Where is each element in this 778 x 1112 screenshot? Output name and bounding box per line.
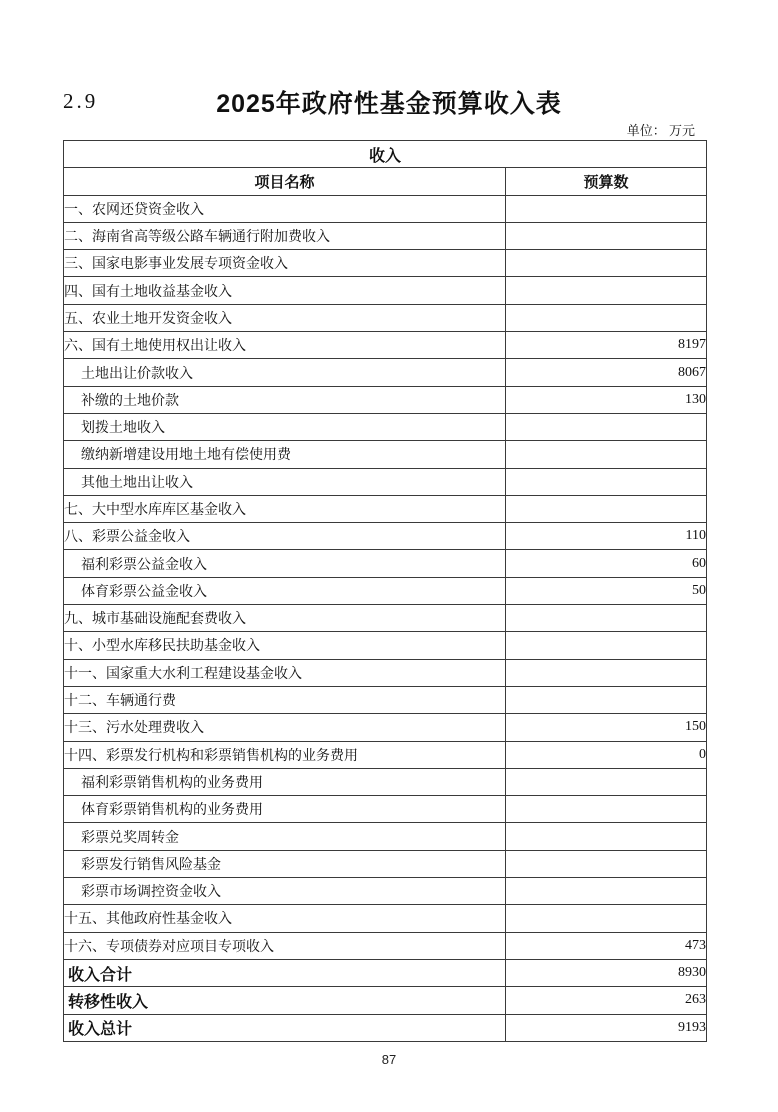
table-row: 十五、其他政府性基金收入 bbox=[64, 905, 707, 932]
budget-value-cell bbox=[506, 195, 707, 222]
item-name-cell: 六、国有土地使用权出让收入 bbox=[64, 332, 506, 359]
budget-value-cell bbox=[506, 632, 707, 659]
budget-value-cell: 263 bbox=[506, 987, 707, 1014]
table-row: 三、国家电影事业发展专项资金收入 bbox=[64, 250, 707, 277]
table-row: 彩票兑奖周转金 bbox=[64, 823, 707, 850]
item-name-cell: 七、大中型水库库区基金收入 bbox=[64, 495, 506, 522]
table-row: 转移性收入263 bbox=[64, 987, 707, 1014]
budget-value-cell bbox=[506, 686, 707, 713]
table-row: 划拨土地收入 bbox=[64, 413, 707, 440]
table-row: 一、农网还贷资金收入 bbox=[64, 195, 707, 222]
item-name-cell: 土地出让价款收入 bbox=[64, 359, 506, 386]
table-title-cell: 收入 bbox=[64, 141, 707, 168]
column-header-row: 项目名称 预算数 bbox=[64, 168, 707, 195]
table-row: 六、国有土地使用权出让收入8197 bbox=[64, 332, 707, 359]
budget-value-cell bbox=[506, 605, 707, 632]
item-name-cell: 划拨土地收入 bbox=[64, 413, 506, 440]
table-row: 土地出让价款收入8067 bbox=[64, 359, 707, 386]
table-row: 七、大中型水库库区基金收入 bbox=[64, 495, 707, 522]
budget-value-cell bbox=[506, 468, 707, 495]
table-head: 收入 项目名称 预算数 bbox=[64, 141, 707, 196]
budget-value-cell: 8197 bbox=[506, 332, 707, 359]
item-name-cell: 体育彩票公益金收入 bbox=[64, 577, 506, 604]
section-number: 2.9 bbox=[63, 89, 98, 114]
table-row: 二、海南省高等级公路车辆通行附加费收入 bbox=[64, 222, 707, 249]
table-row: 十、小型水库移民扶助基金收入 bbox=[64, 632, 707, 659]
budget-value-cell bbox=[506, 905, 707, 932]
table-row: 福利彩票销售机构的业务费用 bbox=[64, 768, 707, 795]
table-row: 彩票市场调控资金收入 bbox=[64, 878, 707, 905]
item-name-cell: 补缴的土地价款 bbox=[64, 386, 506, 413]
table-row: 缴纳新增建设用地土地有偿使用费 bbox=[64, 441, 707, 468]
budget-revenue-table: 收入 项目名称 预算数 一、农网还贷资金收入二、海南省高等级公路车辆通行附加费收… bbox=[63, 140, 707, 1042]
item-name-cell: 十三、污水处理费收入 bbox=[64, 714, 506, 741]
table-row: 体育彩票公益金收入50 bbox=[64, 577, 707, 604]
item-name-cell: 十、小型水库移民扶助基金收入 bbox=[64, 632, 506, 659]
table-row: 五、农业土地开发资金收入 bbox=[64, 304, 707, 331]
item-name-cell: 二、海南省高等级公路车辆通行附加费收入 bbox=[64, 222, 506, 249]
budget-value-cell bbox=[506, 304, 707, 331]
document-page: 2.9 2025年政府性基金预算收入表 单位： 万元 收入 项目名称 预算数 一… bbox=[0, 0, 778, 1112]
budget-value-cell bbox=[506, 796, 707, 823]
budget-value-cell bbox=[506, 495, 707, 522]
budget-value-cell bbox=[506, 441, 707, 468]
table-row: 彩票发行销售风险基金 bbox=[64, 850, 707, 877]
table-row: 收入合计8930 bbox=[64, 959, 707, 986]
budget-value-cell bbox=[506, 768, 707, 795]
budget-value-cell bbox=[506, 823, 707, 850]
table-row: 收入总计9193 bbox=[64, 1014, 707, 1041]
budget-value-cell: 8930 bbox=[506, 959, 707, 986]
budget-value-cell: 150 bbox=[506, 714, 707, 741]
item-name-cell: 收入合计 bbox=[64, 959, 506, 986]
item-name-cell: 一、农网还贷资金收入 bbox=[64, 195, 506, 222]
table-row: 九、城市基础设施配套费收入 bbox=[64, 605, 707, 632]
budget-value-cell: 110 bbox=[506, 523, 707, 550]
budget-value-cell bbox=[506, 277, 707, 304]
item-name-cell: 三、国家电影事业发展专项资金收入 bbox=[64, 250, 506, 277]
table-row: 四、国有土地收益基金收入 bbox=[64, 277, 707, 304]
budget-value-cell bbox=[506, 222, 707, 249]
item-name-cell: 八、彩票公益金收入 bbox=[64, 523, 506, 550]
item-name-cell: 体育彩票销售机构的业务费用 bbox=[64, 796, 506, 823]
table-title-row: 收入 bbox=[64, 141, 707, 168]
table-row: 体育彩票销售机构的业务费用 bbox=[64, 796, 707, 823]
item-name-cell: 福利彩票公益金收入 bbox=[64, 550, 506, 577]
table-row: 十一、国家重大水利工程建设基金收入 bbox=[64, 659, 707, 686]
budget-value-cell: 9193 bbox=[506, 1014, 707, 1041]
item-name-cell: 彩票市场调控资金收入 bbox=[64, 878, 506, 905]
table-row: 补缴的土地价款130 bbox=[64, 386, 707, 413]
page-number: 87 bbox=[0, 1052, 778, 1067]
table-body: 一、农网还贷资金收入二、海南省高等级公路车辆通行附加费收入三、国家电影事业发展专… bbox=[64, 195, 707, 1041]
item-name-cell: 彩票发行销售风险基金 bbox=[64, 850, 506, 877]
item-name-cell: 十二、车辆通行费 bbox=[64, 686, 506, 713]
item-name-cell: 十一、国家重大水利工程建设基金收入 bbox=[64, 659, 506, 686]
item-name-cell: 九、城市基础设施配套费收入 bbox=[64, 605, 506, 632]
budget-value-cell bbox=[506, 250, 707, 277]
item-name-cell: 收入总计 bbox=[64, 1014, 506, 1041]
budget-value-cell: 0 bbox=[506, 741, 707, 768]
title-band: 2.9 2025年政府性基金预算收入表 bbox=[0, 84, 778, 116]
budget-value-cell: 8067 bbox=[506, 359, 707, 386]
item-name-cell: 转移性收入 bbox=[64, 987, 506, 1014]
item-name-cell: 十五、其他政府性基金收入 bbox=[64, 905, 506, 932]
unit-label: 单位： 万元 bbox=[627, 120, 695, 139]
budget-value-cell: 50 bbox=[506, 577, 707, 604]
column-header-item-name: 项目名称 bbox=[64, 168, 506, 195]
table-row: 十六、专项债券对应项目专项收入473 bbox=[64, 932, 707, 959]
table-row: 十二、车辆通行费 bbox=[64, 686, 707, 713]
table-row: 八、彩票公益金收入110 bbox=[64, 523, 707, 550]
budget-value-cell bbox=[506, 659, 707, 686]
column-header-budget-amount: 预算数 bbox=[506, 168, 707, 195]
budget-value-cell: 60 bbox=[506, 550, 707, 577]
item-name-cell: 十四、彩票发行机构和彩票销售机构的业务费用 bbox=[64, 741, 506, 768]
item-name-cell: 十六、专项债券对应项目专项收入 bbox=[64, 932, 506, 959]
table-row: 十三、污水处理费收入150 bbox=[64, 714, 707, 741]
item-name-cell: 彩票兑奖周转金 bbox=[64, 823, 506, 850]
budget-value-cell: 130 bbox=[506, 386, 707, 413]
item-name-cell: 其他土地出让收入 bbox=[64, 468, 506, 495]
item-name-cell: 四、国有土地收益基金收入 bbox=[64, 277, 506, 304]
item-name-cell: 缴纳新增建设用地土地有偿使用费 bbox=[64, 441, 506, 468]
budget-value-cell bbox=[506, 850, 707, 877]
table-row: 其他土地出让收入 bbox=[64, 468, 707, 495]
budget-value-cell bbox=[506, 878, 707, 905]
item-name-cell: 五、农业土地开发资金收入 bbox=[64, 304, 506, 331]
budget-value-cell bbox=[506, 413, 707, 440]
page-title: 2025年政府性基金预算收入表 bbox=[0, 84, 778, 120]
budget-value-cell: 473 bbox=[506, 932, 707, 959]
table-row: 十四、彩票发行机构和彩票销售机构的业务费用0 bbox=[64, 741, 707, 768]
table-row: 福利彩票公益金收入60 bbox=[64, 550, 707, 577]
item-name-cell: 福利彩票销售机构的业务费用 bbox=[64, 768, 506, 795]
